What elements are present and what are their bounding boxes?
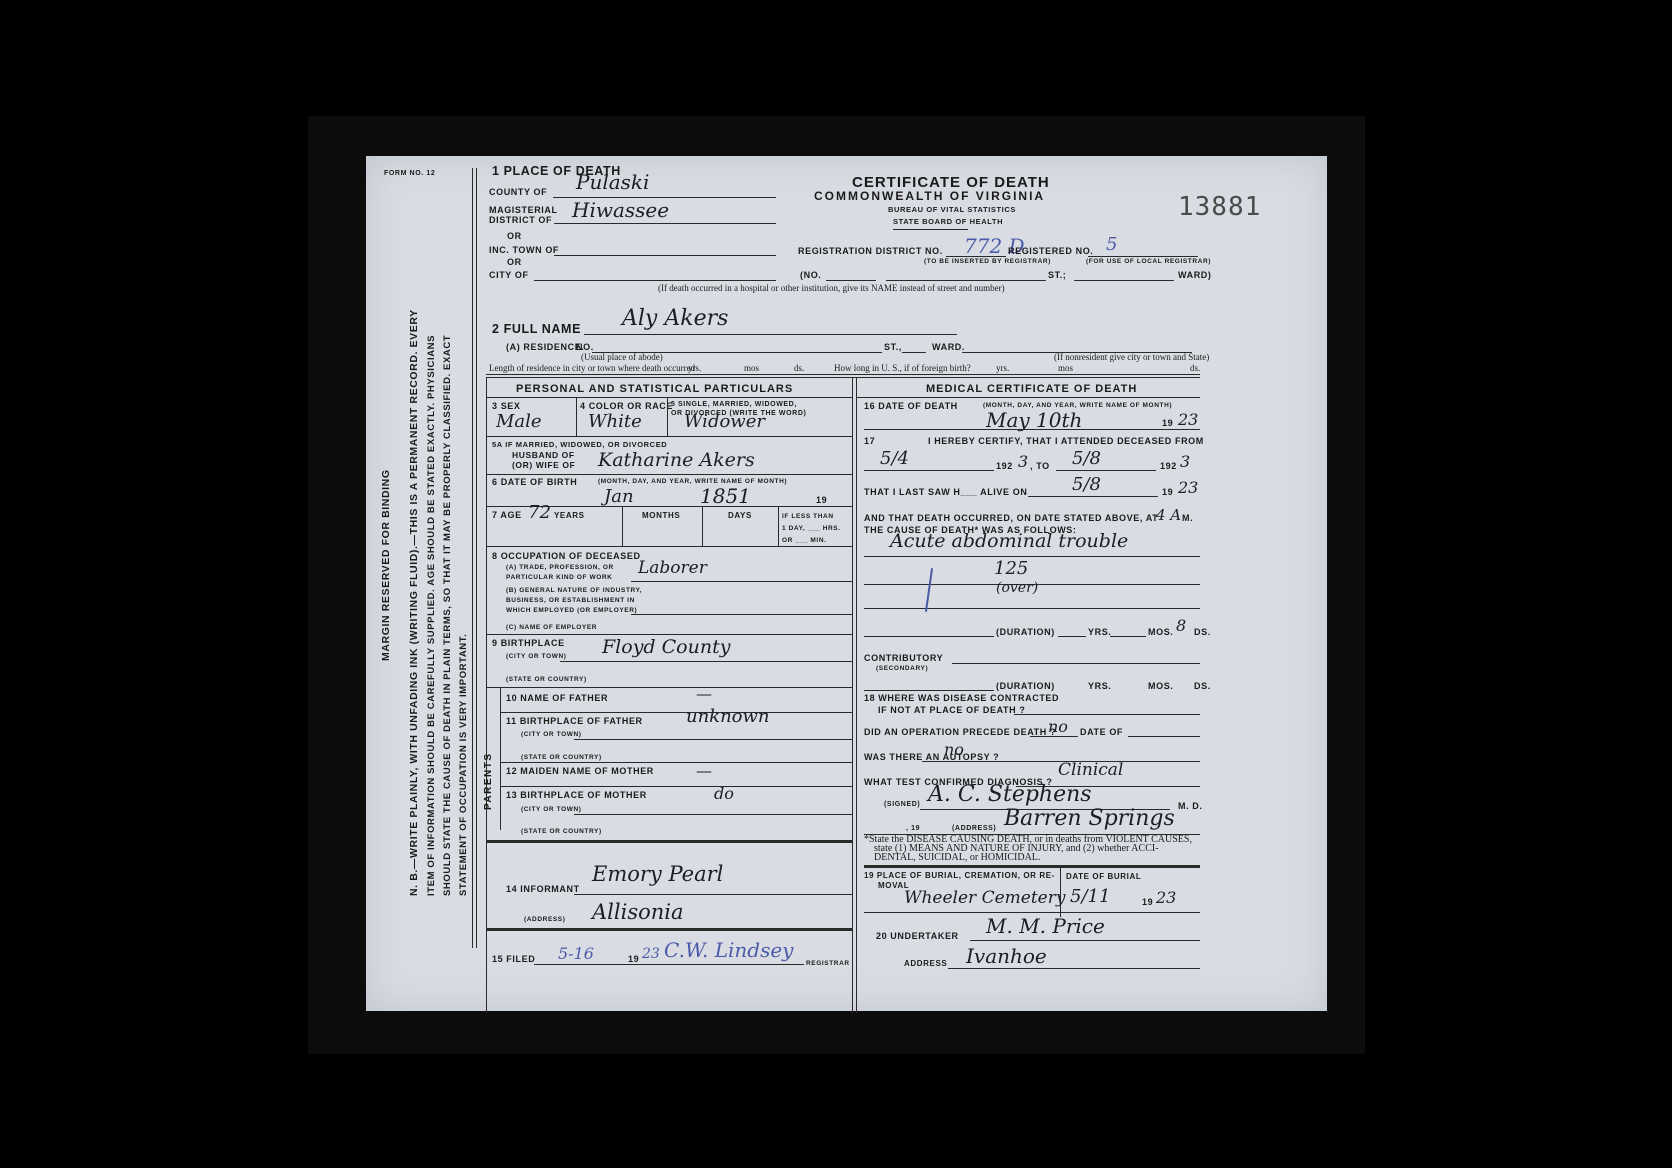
city-label: CITY OF — [489, 270, 529, 280]
race-label: 4 COLOR OR RACE — [580, 401, 673, 411]
burial-date-value[interactable]: 5/11 — [1070, 886, 1110, 907]
binding-margin-note: MARGIN RESERVED FOR BINDING — [380, 469, 392, 661]
or-label: OR — [507, 257, 522, 267]
registration-district-label: REGISTRATION DISTRICT NO. — [798, 246, 943, 256]
death-certificate: FORM NO. 12 MARGIN RESERVED FOR BINDING … — [366, 156, 1327, 1011]
father-name-label: 10 NAME OF FATHER — [506, 693, 608, 703]
inc-town-label: INC. TOWN OF — [489, 245, 559, 255]
filed-year-value[interactable]: 23 — [642, 946, 660, 962]
death-time-label: AND THAT DEATH OCCURRED, ON DATE STATED … — [864, 513, 1158, 523]
age-label: 7 AGE — [492, 510, 522, 520]
certify-text: I HEREBY CERTIFY, THAT I ATTENDED DECEAS… — [928, 436, 1204, 446]
residence-ward-label: WARD. — [932, 342, 965, 352]
father-name-value[interactable]: — — [696, 684, 712, 703]
bureau: BUREAU OF VITAL STATISTICS — [888, 205, 1016, 214]
filed-label: 15 FILED — [492, 954, 535, 964]
burial-date-label: DATE OF BURIAL — [1066, 872, 1141, 881]
occupation-value[interactable]: Laborer — [638, 558, 707, 578]
street-no-label: (NO. — [800, 270, 821, 280]
dob-year-value[interactable]: 1851 — [700, 484, 751, 508]
residence-label: (A) RESIDENCE. — [506, 342, 584, 352]
test-value[interactable]: Clinical — [1058, 760, 1123, 780]
occupation-label: 8 OCCUPATION OF DECEASED — [492, 551, 641, 561]
instructions-line-3: SHOULD STATE THE CAUSE OF DEATH IN PLAIN… — [442, 335, 453, 896]
cause-of-death-value[interactable]: Acute abdominal trouble — [890, 530, 1128, 552]
physician-address-label: (ADDRESS) — [952, 825, 996, 832]
form-number: FORM NO. 12 — [384, 170, 435, 177]
last-saw-value[interactable]: 5/8 — [1072, 474, 1101, 495]
or-label: OR — [507, 231, 522, 241]
sex-value[interactable]: Male — [496, 411, 542, 432]
mother-birthplace-label: 13 BIRTHPLACE OF MOTHER — [506, 790, 647, 800]
cause-code: 125 — [994, 558, 1028, 579]
mother-birthplace-value[interactable]: do — [714, 784, 734, 803]
magisterial-label: MAGISTERIALDISTRICT OF — [489, 205, 558, 225]
registered-no-value[interactable]: 5 — [1106, 234, 1117, 255]
attended-from-value[interactable]: 5/4 — [880, 448, 909, 469]
informant-label: 14 INFORMANT — [506, 884, 580, 894]
birthplace-label: 9 BIRTHPLACE — [492, 638, 565, 648]
instructions-line-1: N. B.—WRITE PLAINLY, WITH UNFADING INK (… — [408, 309, 420, 896]
registrar-label: REGISTRAR — [806, 960, 850, 967]
personal-heading: PERSONAL AND STATISTICAL PARTICULARS — [516, 383, 793, 395]
date-of-death-label: 16 DATE OF DEATH — [864, 401, 958, 411]
county-label: COUNTY OF — [489, 187, 547, 197]
st-label: ST.; — [1048, 270, 1066, 280]
burial-place-value[interactable]: Wheeler Cemetery — [904, 888, 1065, 908]
dob-note: (MONTH, DAY, AND YEAR, WRITE NAME OF MON… — [598, 478, 787, 485]
margin-divider — [472, 168, 473, 948]
foreign-birth-label: How long in U. S., if of foreign birth? — [834, 363, 971, 373]
contracted-field[interactable] — [1014, 714, 1200, 715]
days-label: DAYS — [728, 511, 752, 520]
marital-value[interactable]: Widower — [684, 411, 765, 432]
undertaker-value[interactable]: M. M. Price — [986, 914, 1105, 938]
filed-date-value[interactable]: 5-16 — [558, 944, 594, 963]
mother-name-label: 12 MAIDEN NAME OF MOTHER — [506, 766, 654, 776]
employer-label: (C) NAME OF EMPLOYER — [506, 624, 597, 631]
residence-st-label: ST., — [884, 342, 902, 352]
duration-label: (DURATION) — [996, 627, 1055, 637]
father-birthplace-label: 11 BIRTHPLACE OF FATHER — [506, 716, 643, 726]
certificate-number-stamp: 13881 — [1178, 192, 1261, 222]
spouse-label: 5A IF MARRIED, WIDOWED, OR DIVORCED — [492, 440, 667, 449]
contributory-field[interactable] — [952, 663, 1200, 664]
undertaker-address-value[interactable]: Ivanhoe — [966, 944, 1047, 968]
industry-field[interactable] — [631, 614, 852, 615]
informant-address-label: (ADDRESS) — [524, 916, 566, 923]
instructions-line-4: STATEMENT OF OCCUPATION IS VERY IMPORTAN… — [458, 634, 469, 896]
county-value[interactable]: Pulaski — [576, 170, 649, 194]
signed-label: (SIGNED) — [884, 801, 920, 808]
death-time-value[interactable]: 4 A — [1156, 506, 1181, 524]
age-value[interactable]: 72 — [528, 502, 551, 523]
undertaker-address-label: ADDRESS — [904, 959, 947, 968]
less-than-day-label: IF LESS THAN1 DAY, ___ HRS.OR ___ MIN. — [782, 511, 841, 547]
medical-heading: MEDICAL CERTIFICATE OF DEATH — [926, 383, 1137, 395]
operation-value[interactable]: no — [1048, 717, 1068, 736]
months-label: MONTHS — [642, 511, 680, 520]
length-residence-label: Length of residence in city or town wher… — [489, 363, 695, 373]
informant-address-value[interactable]: Allisonia — [592, 900, 684, 924]
district-note: (TO BE INSERTED BY REGISTRAR) — [924, 258, 1051, 265]
contracted-label: 18 WHERE WAS DISEASE CONTRACTED — [864, 693, 1059, 703]
contributory-label: CONTRIBUTORY — [864, 653, 943, 663]
margin-divider-2 — [476, 168, 477, 948]
full-name-value[interactable]: Aly Akers — [622, 306, 728, 331]
physician-signature[interactable]: A. C. Stephens — [928, 782, 1092, 807]
father-birthplace-value[interactable]: unknown — [686, 706, 770, 727]
dob-month-value[interactable]: Jan — [604, 486, 634, 507]
date-of-death-year[interactable]: 23 — [1178, 410, 1198, 429]
inc-town-field[interactable] — [554, 255, 776, 256]
race-value[interactable]: White — [588, 411, 642, 432]
registrar-signature[interactable]: C.W. Lindsey — [664, 938, 793, 962]
jurisdiction: COMMONWEALTH OF VIRGINIA — [814, 189, 1045, 203]
birthplace-value[interactable]: Floyd County — [602, 636, 730, 658]
autopsy-value[interactable]: no — [944, 740, 964, 759]
duration-days-value[interactable]: 8 — [1176, 616, 1186, 635]
ward-label: WARD) — [1178, 270, 1212, 280]
parents-side-label: PARENTS — [483, 752, 494, 810]
operation-label: DID AN OPERATION PRECEDE DEATH ? — [864, 727, 1056, 737]
instructions-line-2: ITEM OF INFORMATION SHOULD BE CAREFULLY … — [426, 335, 437, 896]
magisterial-district-value[interactable]: Hiwassee — [572, 198, 669, 222]
physician-address-value[interactable]: Barren Springs — [1004, 806, 1175, 831]
nonresident-note: (If nonresident give city or town and St… — [1054, 352, 1209, 362]
spouse-value[interactable]: Katharine Akers — [598, 449, 755, 471]
undertaker-label: 20 UNDERTAKER — [876, 931, 959, 941]
city-field[interactable] — [534, 280, 776, 281]
dob-label: 6 DATE OF BIRTH — [492, 477, 577, 487]
full-name-label: 2 FULL NAME — [492, 322, 581, 336]
cause-note: (over) — [996, 580, 1038, 596]
registered-note: (FOR USE OF LOCAL REGISTRAR) — [1086, 258, 1211, 265]
blue-check-mark — [925, 568, 933, 612]
cause-footnote: *State the DISEASE CAUSING DEATH, or in … — [864, 835, 1192, 862]
informant-value[interactable]: Emory Pearl — [592, 862, 723, 886]
sex-label: 3 SEX — [492, 401, 521, 411]
mother-name-value[interactable]: — — [696, 761, 712, 780]
residence-no-label: NO. — [576, 342, 594, 352]
board: STATE BOARD OF HEALTH — [893, 217, 1003, 226]
abode-note: (Usual place of abode) — [581, 352, 663, 362]
attended-to-value[interactable]: 5/8 — [1072, 448, 1101, 469]
column-divider — [852, 377, 853, 1013]
burial-year-value[interactable]: 23 — [1156, 888, 1176, 907]
last-saw-label: THAT I LAST SAW H___ ALIVE ON — [864, 487, 1027, 497]
hospital-note: (If death occurred in a hospital or othe… — [658, 283, 1005, 293]
registered-no-label: REGISTERED NO. — [1008, 246, 1093, 256]
